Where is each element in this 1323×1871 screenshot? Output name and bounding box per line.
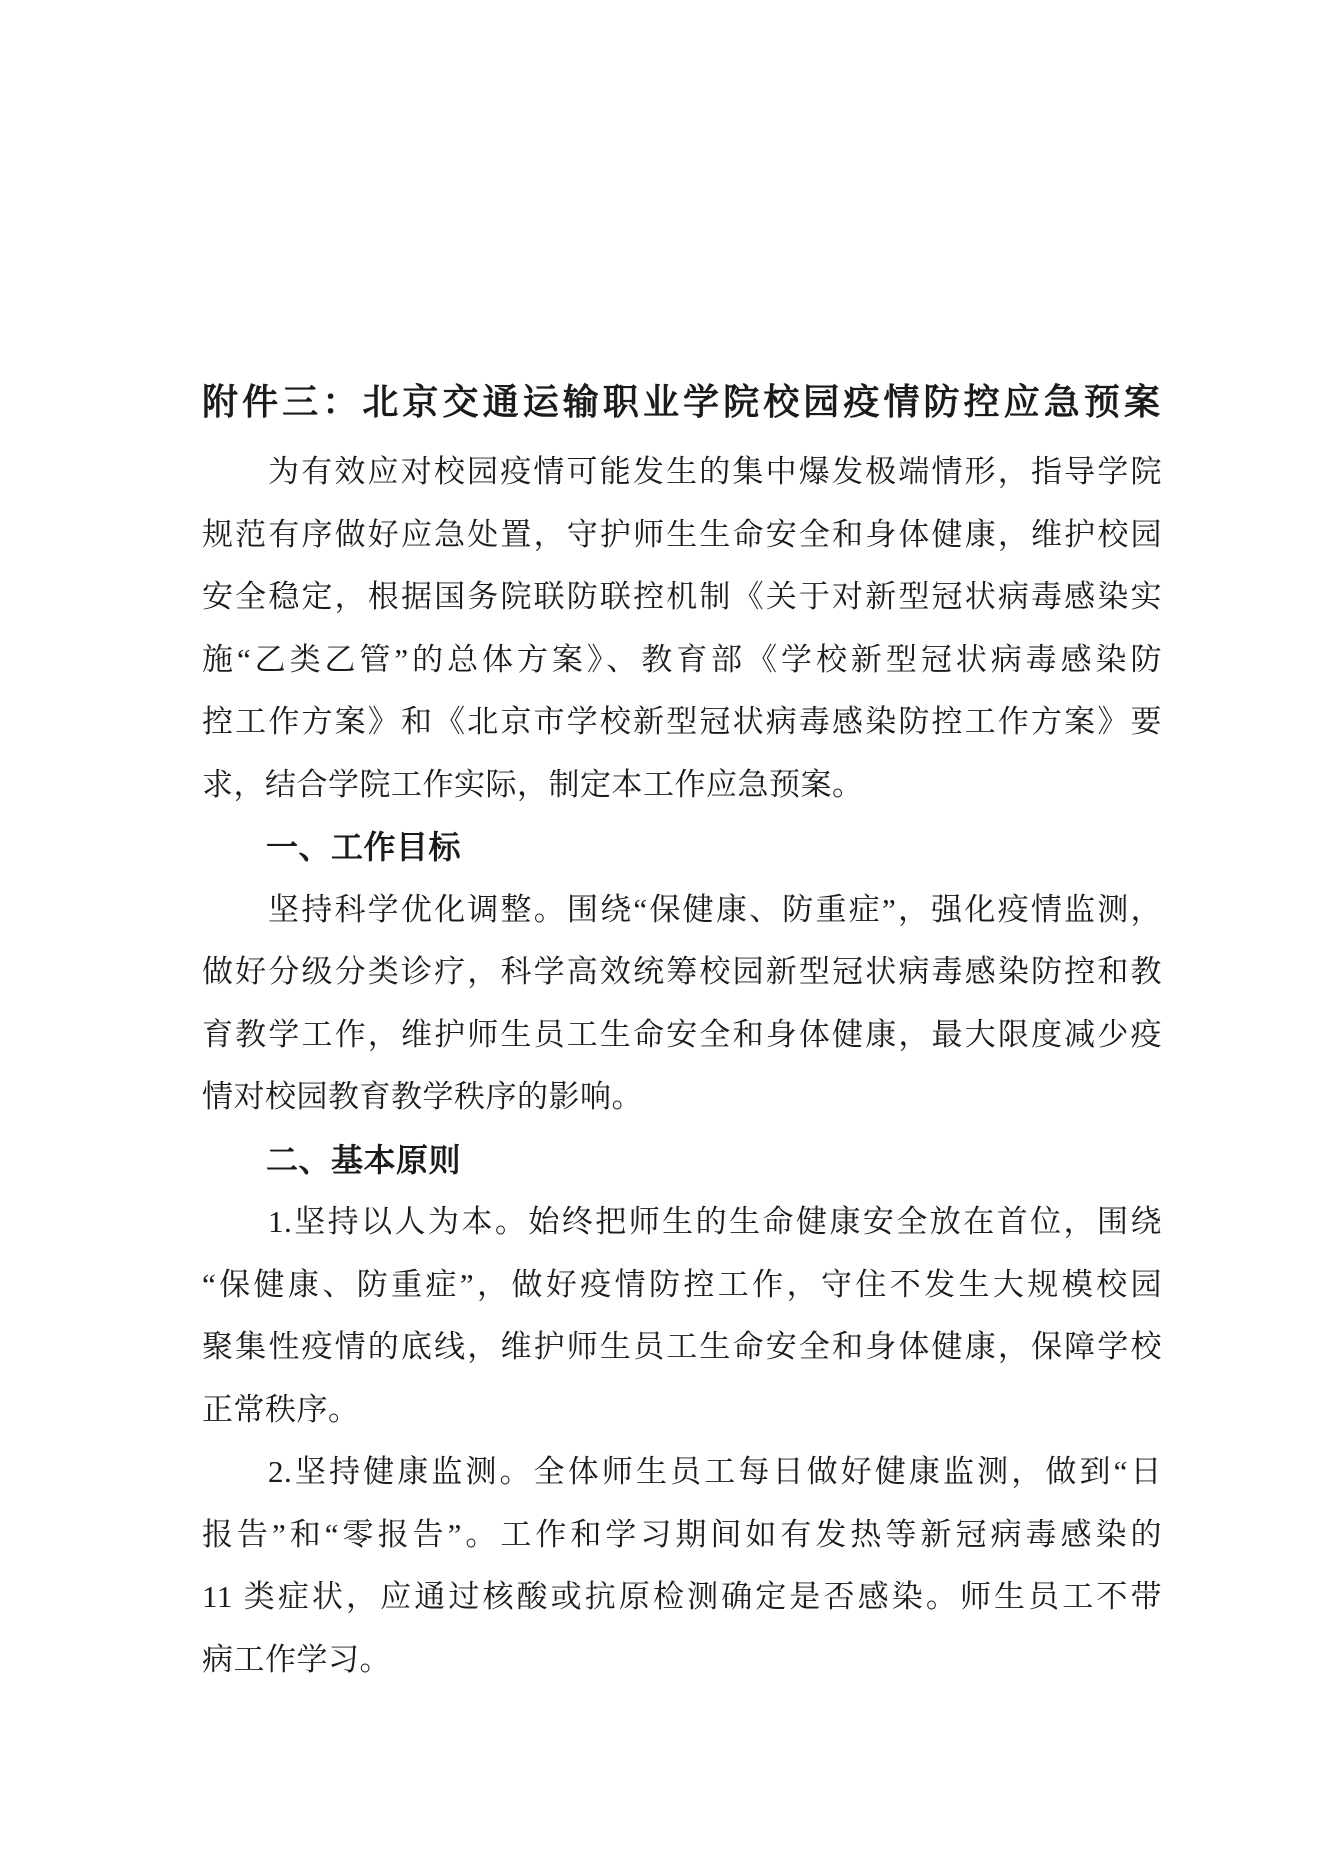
paragraph-line: 控工作方案》和《北京市学校新型冠状病毒感染防控工作方案》要 [202, 691, 1162, 754]
paragraph-line: 报告”和“零报告”。工作和学习期间如有发热等新冠病毒感染的 [202, 1504, 1162, 1567]
paragraph-line: 1.坚持以人为本。始终把师生的生命健康安全放在首位，围绕 [202, 1191, 1162, 1254]
attachment-title: 附件三：北京交通运输职业学院校园疫情防控应急预案 [202, 370, 1160, 433]
paragraph-line: 规范有序做好应急处置，守护师生生命安全和身体健康，维护校园 [202, 504, 1162, 567]
paragraph-line: 施“乙类乙管”的总体方案》、教育部《学校新型冠状病毒感染防 [202, 629, 1162, 692]
paragraph-line: 为有效应对校园疫情可能发生的集中爆发极端情形，指导学院 [202, 441, 1162, 504]
paragraph-line: 11 类症状，应通过核酸或抗原检测确定是否感染。师生员工不带 [202, 1566, 1162, 1629]
paragraph-line: 求，结合学院工作实际，制定本工作应急预案。 [202, 754, 1162, 817]
document-body: 为有效应对校园疫情可能发生的集中爆发极端情形，指导学院 规范有序做好应急处置，守… [202, 441, 1162, 1691]
paragraph-line: 育教学工作，维护师生员工生命安全和身体健康，最大限度减少疫 [202, 1004, 1162, 1067]
paragraph-line: 病工作学习。 [202, 1629, 1162, 1692]
paragraph-line: 2.坚持健康监测。全体师生员工每日做好健康监测，做到“日 [202, 1441, 1162, 1504]
paragraph-line: 安全稳定，根据国务院联防联控机制《关于对新型冠状病毒感染实 [202, 566, 1162, 629]
paragraph-line: 聚集性疫情的底线，维护师生员工生命安全和身体健康，保障学校 [202, 1316, 1162, 1379]
paragraph-line: 坚持科学优化调整。围绕“保健康、防重症”，强化疫情监测， [202, 879, 1162, 942]
paragraph-line: 情对校园教育教学秩序的影响。 [202, 1066, 1162, 1129]
section-heading-basic-principles: 二、基本原则 [202, 1129, 1162, 1192]
paragraph-line: 做好分级分类诊疗，科学高效统筹校园新型冠状病毒感染防控和教 [202, 941, 1162, 1004]
paragraph-line: “保健康、防重症”，做好疫情防控工作，守住不发生大规模校园 [202, 1254, 1162, 1317]
paragraph-line: 正常秩序。 [202, 1379, 1162, 1442]
section-heading-work-goals: 一、工作目标 [202, 816, 1162, 879]
document-page: 附件三：北京交通运输职业学院校园疫情防控应急预案 为有效应对校园疫情可能发生的集… [0, 0, 1323, 1871]
